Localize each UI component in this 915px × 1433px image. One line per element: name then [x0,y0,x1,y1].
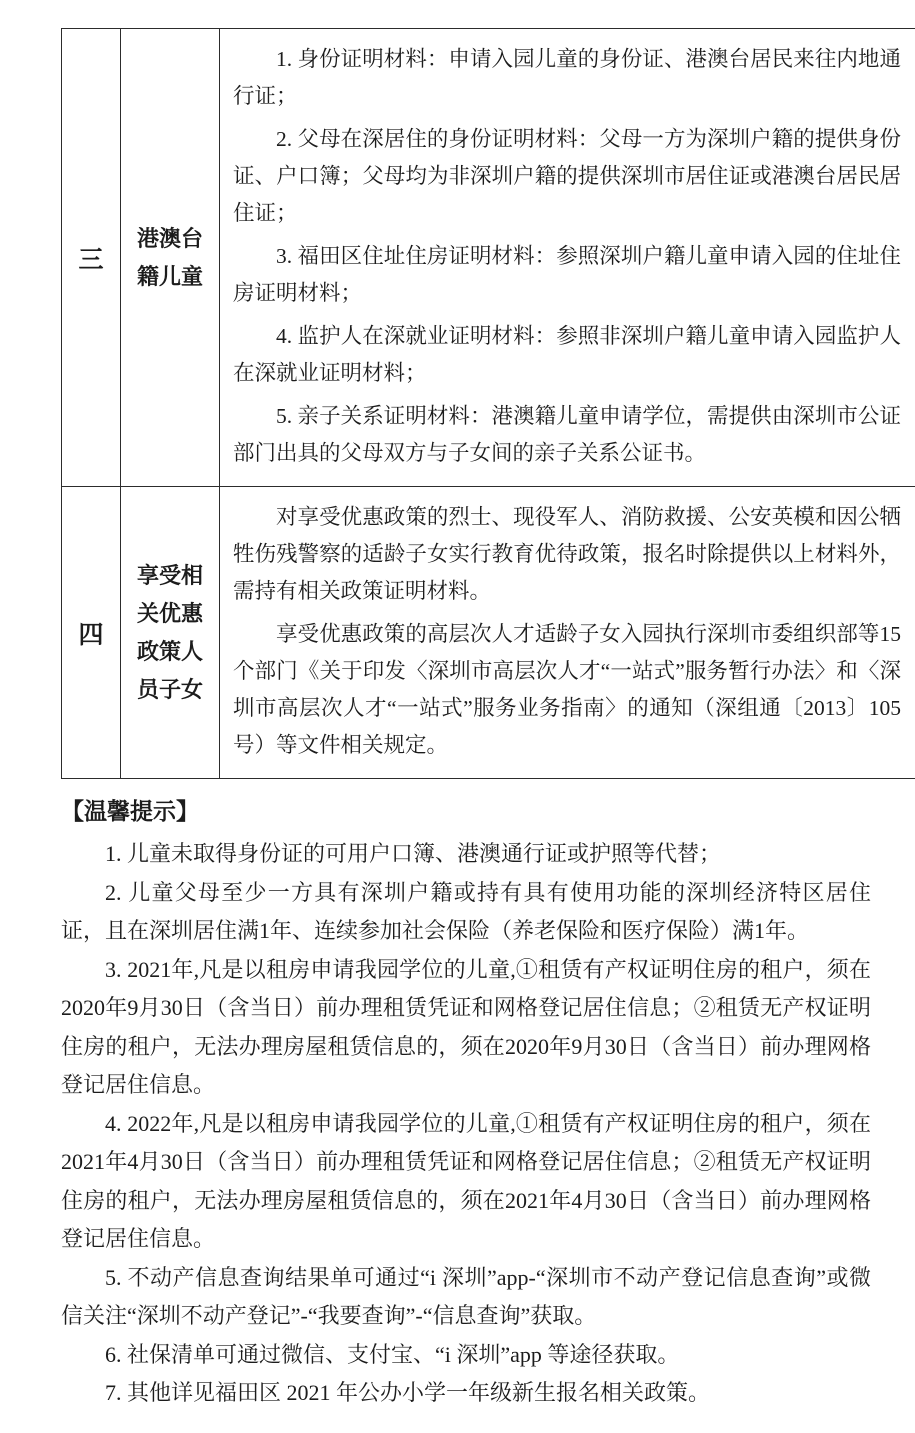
tip-item: 6. 社保清单可通过微信、支付宝、“i 深圳”app 等途径获取。 [61,1336,871,1375]
table-row-preferential-policy: 四 享受相关优惠政策人员子女 对享受优惠政策的烈士、现役军人、消防救援、公安英模… [62,487,915,779]
detail-paragraph: 3. 福田区住址住房证明材料：参照深圳户籍儿童申请入园的住址住房证明材料； [233,238,901,312]
detail-paragraph: 5. 亲子关系证明材料：港澳籍儿童申请学位，需提供由深圳市公证部门出具的父母双方… [233,398,901,472]
row-details-cell: 对享受优惠政策的烈士、现役军人、消防救援、公安英模和因公牺牲伤残警察的适龄子女实… [220,487,915,779]
detail-paragraph: 对享受优惠政策的烈士、现役军人、消防救援、公安英模和因公牺牲伤残警察的适龄子女实… [233,499,901,610]
tips-heading: 【温馨提示】 [61,795,871,829]
row-index-cell: 三 [62,29,121,487]
tip-item: 4. 2022年,凡是以租房申请我园学位的儿童,①租赁有产权证明住房的租户，须在… [61,1105,871,1259]
document-page: 三 港澳台籍儿童 1. 身份证明材料：申请入园儿童的身份证、港澳台居民来往内地通… [0,0,915,1433]
tip-item: 3. 2021年,凡是以租房申请我园学位的儿童,①租赁有产权证明住房的租户，须在… [61,951,871,1105]
tip-item: 2. 儿童父母至少一方具有深圳户籍或持有具有使用功能的深圳经济特区居住证，且在深… [61,874,871,951]
detail-paragraph: 2. 父母在深居住的身份证明材料：父母一方为深圳户籍的提供身份证、户口簿；父母均… [233,121,901,232]
enrollment-requirements-table: 三 港澳台籍儿童 1. 身份证明材料：申请入园儿童的身份证、港澳台居民来往内地通… [61,28,915,779]
row-index-cell: 四 [62,487,121,779]
row-details-cell: 1. 身份证明材料：申请入园儿童的身份证、港澳台居民来往内地通行证； 2. 父母… [220,29,915,487]
tip-item: 1. 儿童未取得身份证的可用户口簿、港澳通行证或护照等代替； [61,835,871,874]
row-category-cell: 港澳台籍儿童 [121,29,220,487]
detail-paragraph: 4. 监护人在深就业证明材料：参照非深圳户籍儿童申请入园监护人在深就业证明材料； [233,318,901,392]
detail-paragraph: 1. 身份证明材料：申请入园儿童的身份证、港澳台居民来往内地通行证； [233,41,901,115]
table-row-hk-macau-taiwan: 三 港澳台籍儿童 1. 身份证明材料：申请入园儿童的身份证、港澳台居民来往内地通… [62,29,915,487]
row-category-cell: 享受相关优惠政策人员子女 [121,487,220,779]
tip-item: 5. 不动产信息查询结果单可通过“i 深圳”app-“深圳市不动产登记信息查询”… [61,1259,871,1336]
tip-item: 7. 其他详见福田区 2021 年公办小学一年级新生报名相关政策。 [61,1374,871,1413]
detail-paragraph: 享受优惠政策的高层次人才适龄子女入园执行深圳市委组织部等15 个部门《关于印发〈… [233,616,901,764]
tips-section: 【温馨提示】 1. 儿童未取得身份证的可用户口簿、港澳通行证或护照等代替； 2.… [61,795,871,1413]
